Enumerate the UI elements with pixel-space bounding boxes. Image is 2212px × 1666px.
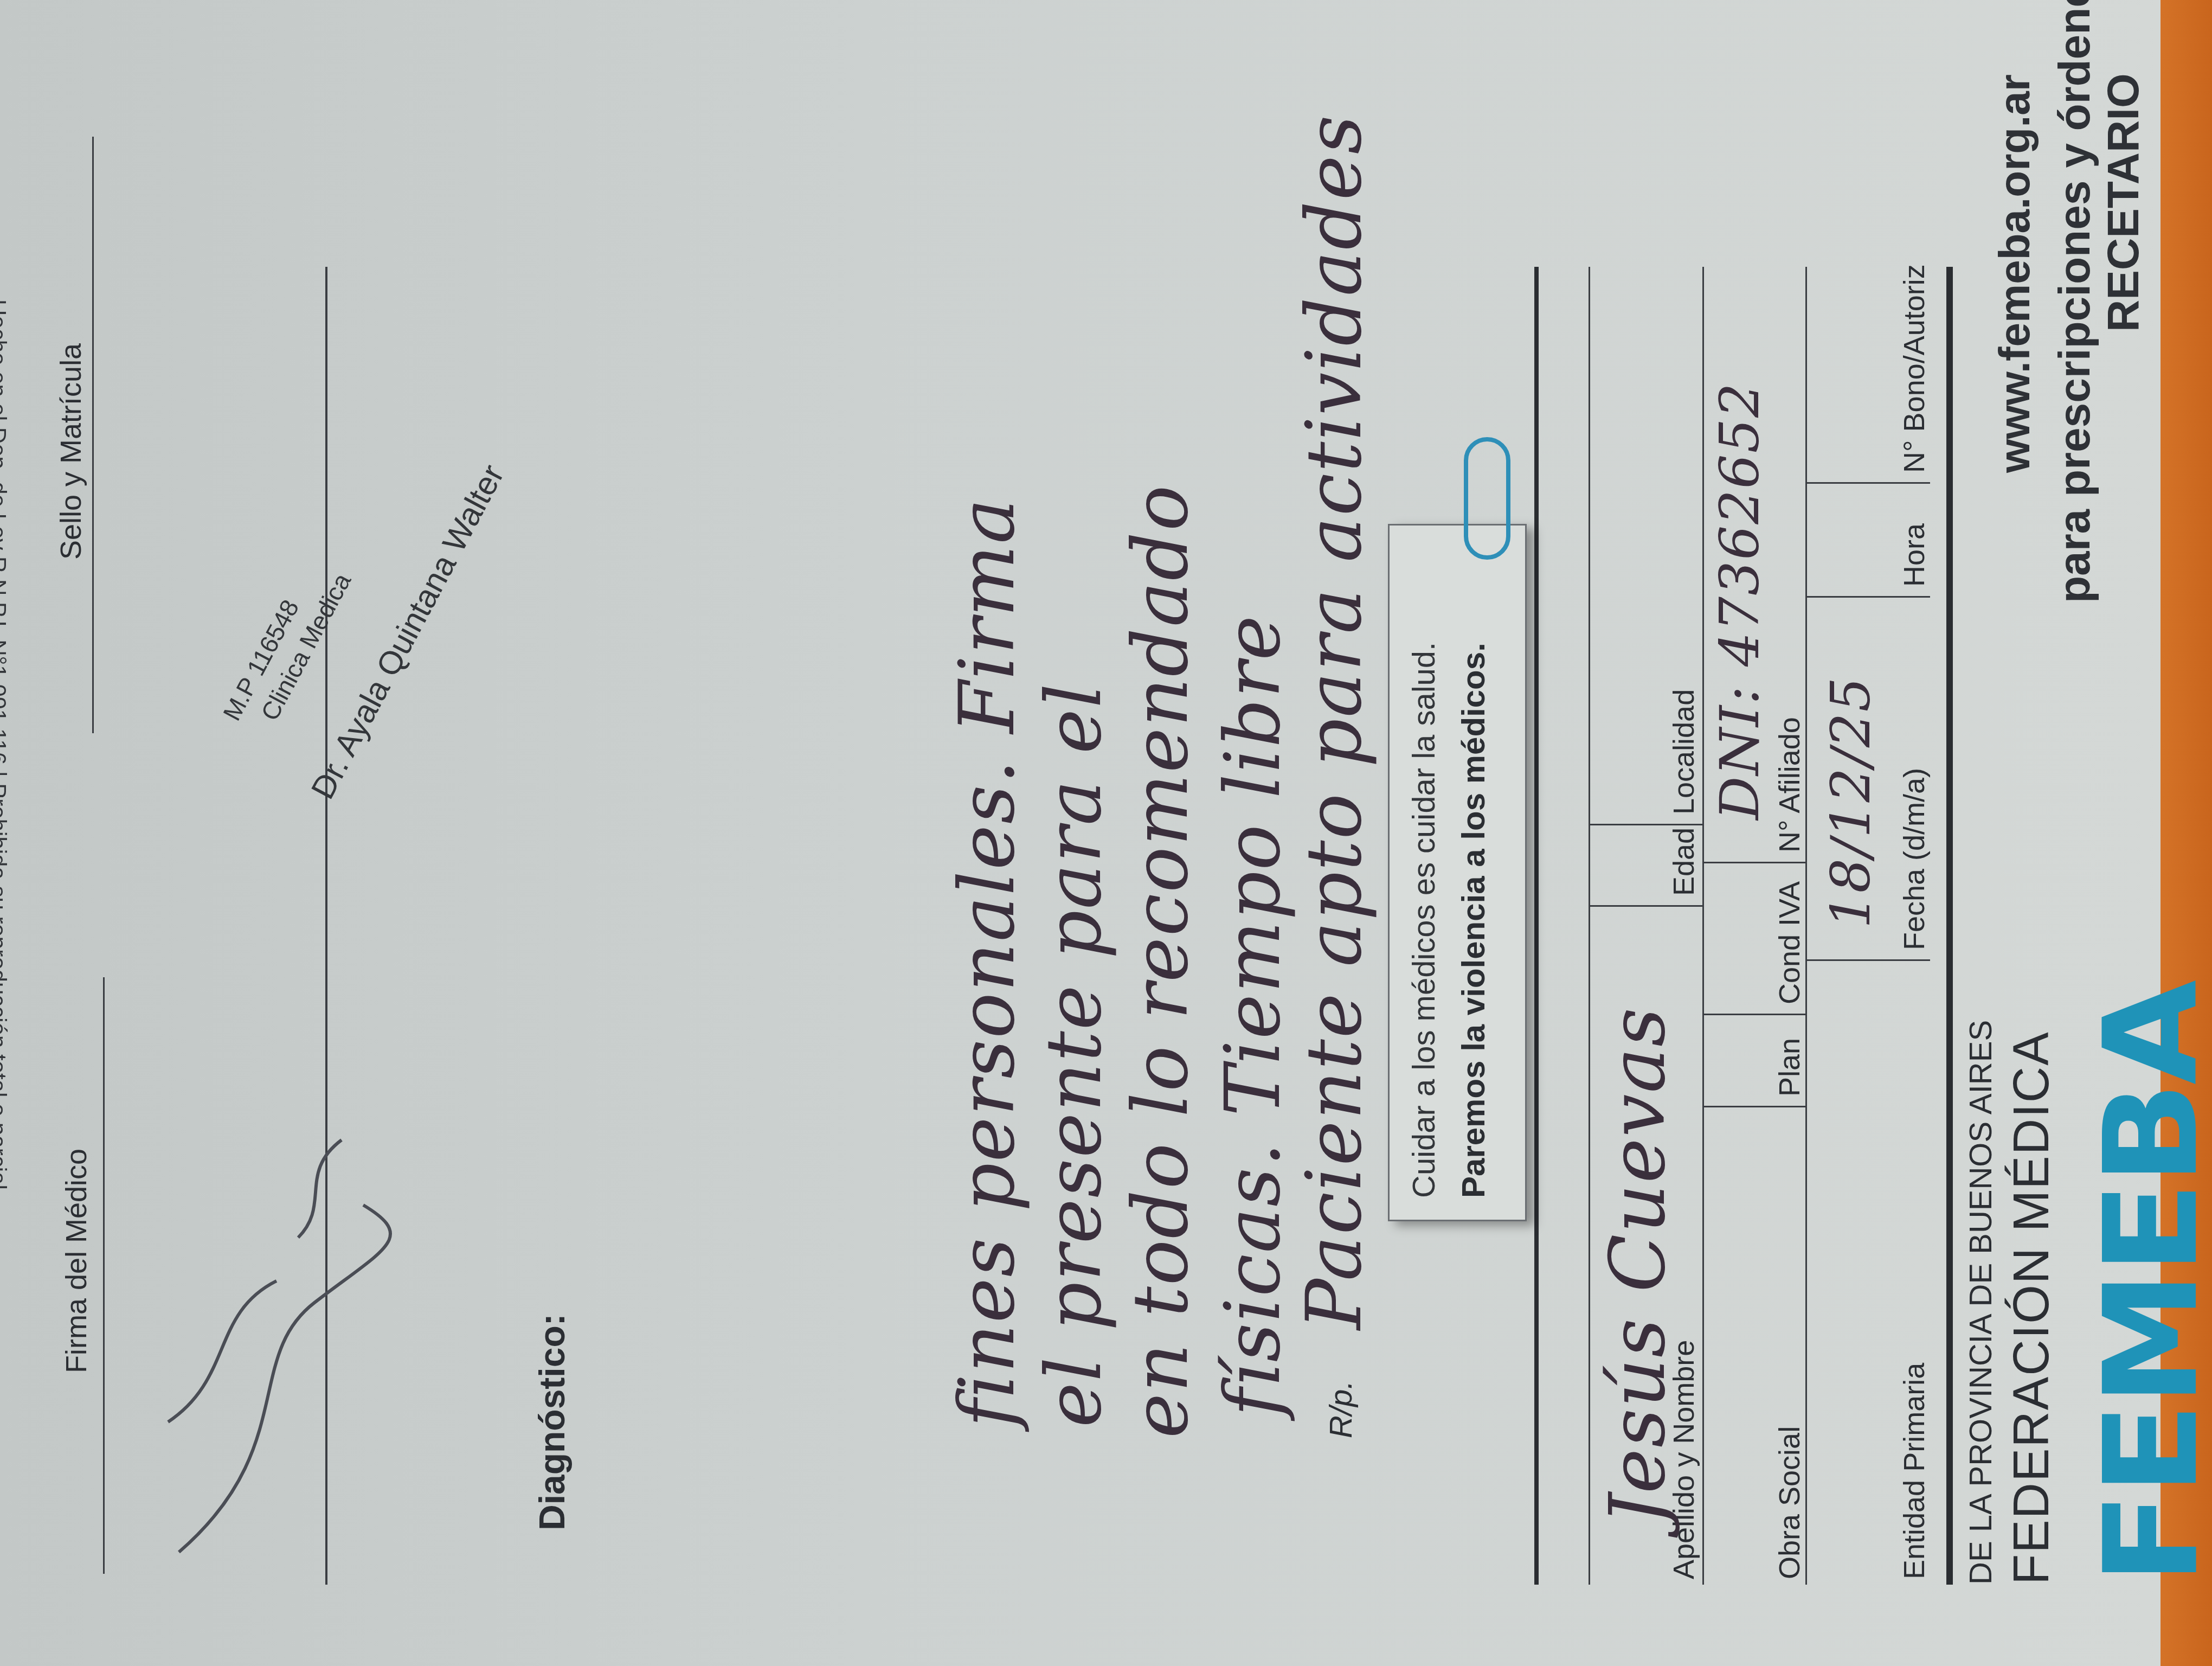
apellido-nombre-value[interactable]: Jesús Cuevas — [1594, 1007, 1682, 1525]
rp-label: R/p. — [1323, 1381, 1359, 1438]
notice-box: Cuidar a los médicos es cuidar la salud.… — [1388, 524, 1527, 1221]
divider — [1805, 959, 1930, 961]
femeba-logo: FEMEBA — [2076, 983, 2212, 1585]
federation-name: FEDERACIÓN MÉDICA — [2003, 1031, 2060, 1585]
notice-line1: Cuidar a los médicos es cuidar la salud. — [1406, 642, 1442, 1198]
sello-label: Sello y Matrícula — [54, 343, 88, 560]
form-divider — [1534, 267, 1539, 1585]
divider — [1702, 1106, 1805, 1107]
fecha-value[interactable]: 18/12/25 — [1819, 676, 1882, 928]
divider — [1805, 596, 1930, 598]
header-divider — [1946, 267, 1953, 1585]
notice-line2: Paremos la violencia a los médicos. — [1455, 643, 1492, 1198]
edad-label: Edad — [1667, 828, 1701, 896]
cond-iva-label: Cond IVA — [1773, 881, 1806, 1004]
prescription-line-4: el presente para el — [1030, 682, 1118, 1427]
divider — [1702, 862, 1805, 863]
bono-label: N° Bono/Autoriz — [1898, 264, 1931, 473]
recetario-title: RECETARIO — [2098, 73, 2149, 332]
prescription-line-1: Paciente apto para actividades — [1290, 114, 1379, 1330]
recetario-subtitle: para prescripciones y órdenes — [2049, 0, 2100, 603]
afiliado-label: N° Afiliado — [1773, 717, 1806, 853]
prescription-sheet: FEMEBA FEDERACIÓN MÉDICA DE LA PROVINCIA… — [0, 0, 2160, 1666]
firma-label: Firma del Médico — [60, 1149, 93, 1373]
localidad-label: Localidad — [1667, 689, 1701, 815]
row2-bottom — [1702, 267, 1704, 1585]
divider — [1702, 1014, 1805, 1015]
sello-line — [92, 137, 94, 733]
prescription-line-2: físicas. Tiempo libre — [1209, 614, 1297, 1417]
entidad-primaria-label: Entidad Primaria — [1898, 1363, 1931, 1579]
divider — [1589, 824, 1702, 825]
divider — [1805, 482, 1930, 484]
doctor-signature — [136, 1097, 461, 1585]
prescription-line-3: en todo lo recomendado — [1117, 484, 1205, 1438]
legal-footer: Hecho en el Dep. de Ley R.N.P.I. N°1.091… — [0, 299, 11, 1196]
prescription-line-5: fines personales. Firma — [943, 497, 1032, 1427]
firma-line — [103, 977, 105, 1574]
divider — [1589, 905, 1702, 907]
afiliado-value[interactable]: DNI: 47362652 — [1708, 382, 1771, 820]
fecha-label: Fecha (d/m/a) — [1898, 768, 1931, 950]
federation-province: DE LA PROVINCIA DE BUENOS AIRES — [1963, 1020, 1999, 1585]
obra-social-label: Obra Social — [1773, 1426, 1806, 1579]
prescription-form: FEMEBA FEDERACIÓN MÉDICA DE LA PROVINCIA… — [0, 0, 2160, 1666]
plan-label: Plan — [1773, 1038, 1806, 1097]
hora-label: Hora — [1898, 523, 1931, 587]
paperclip-icon — [1464, 437, 1510, 560]
website-link[interactable]: www.femeba.org.ar — [1990, 74, 2040, 473]
doctor-stamp-name: Dr. Ayala Quintana Walter — [304, 458, 511, 805]
diagnostico-label: Diagnóstico: — [531, 1313, 573, 1530]
row3-bottom — [1589, 267, 1590, 1585]
